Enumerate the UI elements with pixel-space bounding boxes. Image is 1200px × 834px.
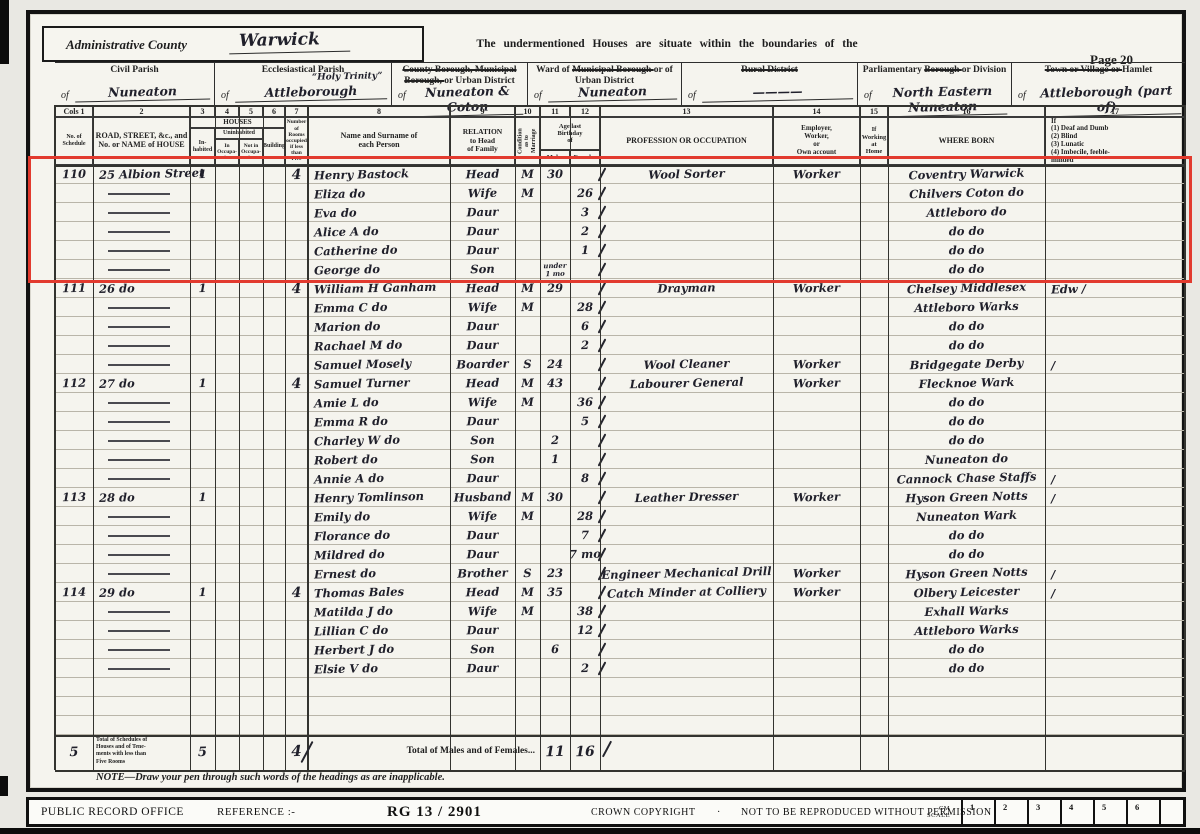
header-box-value-row: ofAttleborough xyxy=(219,87,387,103)
header-box-title-part: County Borough, Municipal xyxy=(402,65,516,75)
cell-re: Son xyxy=(450,449,515,469)
cell-re: Boarder xyxy=(450,354,515,374)
total-males: 11 xyxy=(540,737,571,768)
cell-af: 5 xyxy=(570,412,600,432)
cell-af: 28 xyxy=(570,298,600,318)
cell-af: 36 xyxy=(570,393,600,413)
cell-c: M xyxy=(515,507,540,527)
header-box-title-part: Borough xyxy=(924,65,962,75)
cell-re: Wife xyxy=(450,506,515,526)
ditto-dash xyxy=(108,535,170,537)
header-box-value: Nuneaton xyxy=(75,82,210,102)
header-box-value: Nuneaton xyxy=(548,83,677,103)
ditto-dash xyxy=(108,630,170,632)
cell-in: 1 xyxy=(190,374,215,394)
header-box-title-part: Parliamentary xyxy=(863,65,924,75)
cell-e: Worker xyxy=(773,582,860,603)
cell-af: 12 xyxy=(570,621,600,641)
permission-label: NOT TO BE REPRODUCED WITHOUT PERMISSION xyxy=(741,800,992,824)
total-rooms: 4 xyxy=(285,735,309,768)
cell-af: 2 xyxy=(570,659,600,679)
header-box: Rural District of———— xyxy=(682,62,858,105)
col-number: 6 xyxy=(263,105,285,117)
ditto-dash xyxy=(108,345,170,347)
enumerator-tick xyxy=(598,642,607,656)
cell-re: Daur xyxy=(450,468,515,488)
cell-c: S xyxy=(515,564,540,584)
cell-e: Worker xyxy=(773,373,860,394)
cell-am: 30 xyxy=(540,488,570,508)
col-number: 14 xyxy=(773,105,860,117)
col-number: 8 xyxy=(308,105,450,117)
cell-c: M xyxy=(515,374,540,394)
reference-label: REFERENCE :- xyxy=(217,800,295,824)
cell-x: ∕ xyxy=(1045,353,1185,375)
ditto-dash xyxy=(108,459,170,461)
table-rule xyxy=(540,150,600,151)
reference-value: RG 13 / 2901 xyxy=(387,800,482,824)
cell-x: ∕ xyxy=(1045,486,1185,508)
cell-re: Daur xyxy=(450,658,515,678)
admin-county-value: Warwick xyxy=(229,29,350,55)
cell-am: 23 xyxy=(540,564,570,584)
cell-af: 8 xyxy=(570,469,600,489)
cell-am: 1 xyxy=(540,450,570,470)
total-schedules-label: Total of Schedules of Houses and of Tene… xyxy=(96,737,188,766)
ruler-cell: 5 xyxy=(1093,800,1126,824)
ditto-dash xyxy=(108,402,170,404)
col-number: 3 xyxy=(190,105,215,117)
cell-rd: 29 do xyxy=(93,582,190,603)
cell-am: 2 xyxy=(540,431,570,451)
cell-re: Head xyxy=(450,582,515,602)
cell-re: Daur xyxy=(450,620,515,640)
separator-dot: · xyxy=(717,800,721,824)
cell-af: 6 xyxy=(570,317,600,337)
cell-c: M xyxy=(515,602,540,622)
header-box-value-row: ofNuneaton xyxy=(59,87,210,103)
cell-p: Labourer General xyxy=(600,372,773,395)
ruler-cell: 6 xyxy=(1126,800,1159,824)
cell-re: Brother xyxy=(450,563,515,583)
ruler-cell: 2 xyxy=(994,800,1027,824)
header-box: Ward of Municipal Borough or of Urban Di… xyxy=(528,62,682,105)
header-box-value: ———— xyxy=(702,82,853,102)
header-box-title: Civil Parish xyxy=(55,65,214,76)
cell-re: Daur xyxy=(450,335,515,355)
cm-ruler: 123456 xyxy=(961,800,1161,824)
ditto-dash xyxy=(108,611,170,613)
cell-s: 114 xyxy=(55,583,93,603)
cell-e: Worker xyxy=(773,563,860,584)
cell-c: S xyxy=(515,355,540,375)
of-label: of xyxy=(864,90,872,101)
enumerator-tick xyxy=(598,433,607,447)
col-number: 17 xyxy=(1045,105,1185,117)
cell-c: M xyxy=(515,583,540,603)
header-box-value: Attleborough xyxy=(235,82,387,102)
cell-re: Daur xyxy=(450,525,515,545)
header-box-title-part: or Division xyxy=(962,65,1006,75)
header-box: Ecclesiastical Parish “Holy Trinity”ofAt… xyxy=(215,62,392,105)
header-box-title-part: Town or Village or xyxy=(1045,65,1122,75)
copyright-label: CROWN COPYRIGHT xyxy=(591,800,695,824)
ruler-cell: 1 xyxy=(961,800,994,824)
undermentioned-heading: The undermentioned Houses are situate wi… xyxy=(432,38,902,50)
cell-p: Leather Dresser xyxy=(600,486,773,509)
red-highlight-box xyxy=(28,156,1192,283)
table-rule xyxy=(55,735,1185,737)
cell-af: 7 xyxy=(570,526,600,546)
header-box-value-row: ofNuneaton & Coton xyxy=(396,87,523,103)
cell-af: 38 xyxy=(570,602,600,622)
ditto-dash xyxy=(108,326,170,328)
scan-artifact xyxy=(0,0,9,64)
header-box-annotation: “Holy Trinity” xyxy=(312,71,383,83)
cell-re: Wife xyxy=(450,297,515,317)
header-box-value-row: ofAttleborough (part of) xyxy=(1016,87,1181,103)
cell-x: ∕ xyxy=(1045,581,1185,603)
admin-county-label: Administrative County xyxy=(66,37,187,53)
col-number: 13 xyxy=(600,105,773,117)
cell-rm: 4 xyxy=(285,583,308,603)
of-label: of xyxy=(61,90,69,101)
cell-s: 113 xyxy=(55,488,93,508)
ditto-dash xyxy=(108,307,170,309)
header-box: Civil Parish ofNuneaton xyxy=(55,62,215,105)
of-label: of xyxy=(688,90,696,101)
header-box-title: Town or Village or Hamlet xyxy=(1012,65,1185,76)
cell-p: Catch Minder at Colliery xyxy=(600,581,773,604)
col-number: 2 xyxy=(93,105,190,117)
header-box: Town or Village or Hamlet ofAttleborough… xyxy=(1012,62,1185,105)
ditto-dash xyxy=(108,668,170,670)
scan-artifact xyxy=(0,776,8,796)
scan-artifact xyxy=(0,828,1200,834)
cell-re: Wife xyxy=(450,601,515,621)
cell-af: 7 mo xyxy=(570,545,600,565)
cell-re: Son xyxy=(450,430,515,450)
enumerator-tick xyxy=(598,452,607,466)
cell-re: Head xyxy=(450,373,515,393)
cell-am: 24 xyxy=(540,355,570,375)
census-scan-page: Administrative County Warwick The underm… xyxy=(0,0,1200,834)
cell-in: 1 xyxy=(190,583,215,603)
header-box-value-row: ofNorth Eastern Nuneaton xyxy=(862,87,1007,103)
header-box: Parliamentary Borough or Division ofNort… xyxy=(858,62,1012,105)
col-number: Cols 1 xyxy=(55,105,93,117)
header-box-value-row: ofNuneaton xyxy=(532,87,677,103)
header-box-title-part: Ward of xyxy=(536,65,572,75)
header-box-title-part: Municipal Borough xyxy=(572,65,654,75)
header-box-title: Parliamentary Borough or Division xyxy=(858,65,1011,76)
ditto-dash xyxy=(108,516,170,518)
ditto-dash xyxy=(108,440,170,442)
cell-c: M xyxy=(515,298,540,318)
pro-label: PUBLIC RECORD OFFICE xyxy=(41,800,184,824)
cell-am: 35 xyxy=(540,583,570,603)
header-box-title-part: Rural District xyxy=(741,65,798,75)
cell-re: Husband xyxy=(450,487,515,507)
cell-rd: 27 do xyxy=(93,373,190,394)
cell-re: Daur xyxy=(450,316,515,336)
col-number: 10 xyxy=(515,105,540,117)
header-box: County Borough, Municipal Borough, or Ur… xyxy=(392,62,528,105)
of-label: of xyxy=(1018,90,1026,101)
ditto-dash xyxy=(108,364,170,366)
cell-re: Son xyxy=(450,639,515,659)
cell-e: Worker xyxy=(773,487,860,508)
cell-n: Elsie V do xyxy=(308,657,450,679)
headings-note: NOTE—Draw your pen through such words of… xyxy=(96,772,445,783)
cell-c: M xyxy=(515,488,540,508)
cell-b: do do xyxy=(888,657,1045,680)
col-number: 4 xyxy=(215,105,239,117)
ditto-dash xyxy=(108,554,170,556)
ditto-dash xyxy=(108,478,170,480)
cell-rd: 28 do xyxy=(93,487,190,508)
admin-county-box: Administrative County Warwick xyxy=(42,26,424,62)
of-label: of xyxy=(221,90,229,101)
males-females-label: Total of Males and of Females... xyxy=(330,746,535,756)
cell-in: 1 xyxy=(190,488,215,508)
cell-e: Worker xyxy=(773,354,860,375)
cell-am: 6 xyxy=(540,640,570,660)
footer-reference-bar: PUBLIC RECORD OFFICE REFERENCE :- RG 13 … xyxy=(26,797,1186,827)
of-label: of xyxy=(534,90,542,101)
cell-af: 28 xyxy=(570,507,600,527)
cell-s: 112 xyxy=(55,374,93,394)
header-box-title-part: Hamlet xyxy=(1122,65,1152,75)
col-number: 11 xyxy=(540,105,570,117)
cell-c: M xyxy=(515,393,540,413)
col-number: 5 xyxy=(239,105,263,117)
cell-am: 43 xyxy=(540,374,570,394)
ruler-cell: 4 xyxy=(1060,800,1093,824)
ditto-dash xyxy=(108,421,170,423)
ruler-cell: 3 xyxy=(1027,800,1060,824)
ditto-dash xyxy=(108,573,170,575)
header-box-title: Rural District xyxy=(682,65,857,76)
header-box-value-row: of———— xyxy=(686,87,853,103)
ditto-dash xyxy=(108,649,170,651)
cell-re: Daur xyxy=(450,544,515,564)
col-number: 15 xyxy=(860,105,888,117)
cell-re: Wife xyxy=(450,392,515,412)
cell-af: 2 xyxy=(570,336,600,356)
col-number: 12 xyxy=(570,105,600,117)
cell-re: Daur xyxy=(450,411,515,431)
houses-group-header: HOUSES xyxy=(190,117,285,128)
of-label: of xyxy=(398,90,406,101)
cell-rm: 4 xyxy=(285,374,308,394)
total-inhabited: 5 xyxy=(190,737,216,768)
cm-scale-label: CM SCALE xyxy=(927,800,950,824)
col-number: 7 xyxy=(285,105,308,117)
col-number: 16 xyxy=(888,105,1045,117)
table-rule xyxy=(55,105,1185,107)
total-females: 16 xyxy=(570,737,601,768)
total-schedules: 5 xyxy=(55,737,94,768)
col-number: 9 xyxy=(450,105,515,117)
header-box-title-part: Civil Parish xyxy=(110,65,158,75)
ruler-end xyxy=(1159,800,1161,824)
